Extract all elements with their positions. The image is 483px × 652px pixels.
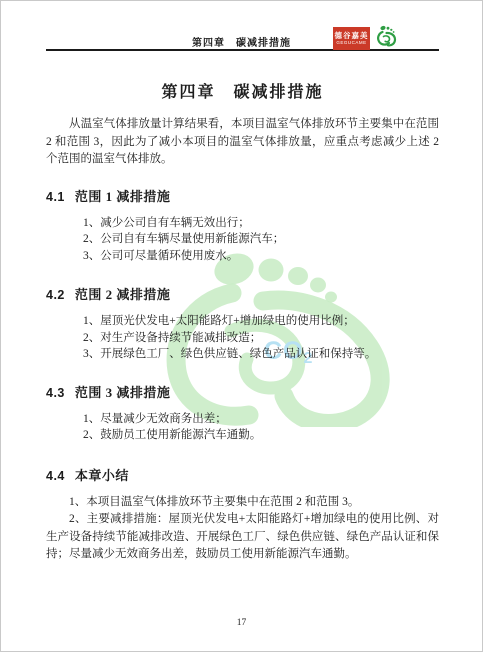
section-4-3-list: 1、尽量减少无效商务出差； 2、鼓励员工使用新能源汽车通勤。 [46, 411, 439, 444]
list-item: 3、公司可尽量循环使用废水。 [83, 248, 439, 265]
company-logo: 德谷嘉美 GEGUCAME [333, 27, 370, 50]
document-page: CO2 第四章 碳减排措施 德谷嘉美 GEGUCAME 第四章 碳减排措施 从温… [0, 0, 483, 652]
section-title: 本章小结 [75, 468, 129, 483]
section-heading-4-2: 4.2范围 2 减排措施 [46, 284, 439, 303]
chapter-title: 第四章 碳减排措施 [46, 82, 439, 103]
section-number: 4.1 [46, 190, 65, 204]
logo-block: 德谷嘉美 GEGUCAME [333, 23, 400, 50]
page-number: 17 [1, 618, 482, 628]
intro-paragraph: 从温室气体排放量计算结果看，本项目温室气体排放环节主要集中在范围 2 和范围 3… [46, 116, 439, 169]
section-4-1-list: 1、减少公司自有车辆无效出行； 2、公司自有车辆尽量使用新能源汽车； 3、公司可… [46, 215, 439, 265]
footprint-logo-icon [373, 23, 400, 50]
running-header: 第四章 碳减排措施 [1, 34, 482, 49]
summary-paragraph: 1、本项目温室气体排放环节主要集中在范围 2 和范围 3。 [46, 494, 439, 512]
section-number: 4.3 [46, 386, 65, 400]
list-item: 1、减少公司自有车辆无效出行； [83, 215, 439, 232]
list-item: 1、屋顶光伏发电+太阳能路灯+增加绿电的使用比例； [83, 313, 439, 330]
list-item: 2、对生产设备持续节能减排改造； [83, 330, 439, 347]
section-title: 范围 1 减排措施 [75, 189, 171, 204]
section-number: 4.4 [46, 469, 65, 483]
section-4-2-list: 1、屋顶光伏发电+太阳能路灯+增加绿电的使用比例； 2、对生产设备持续节能减排改… [46, 313, 439, 363]
list-item: 3、开展绿色工厂、绿色供应链、绿色产品认证和保持等。 [83, 346, 439, 363]
page-content: 第四章 碳减排措施 从温室气体排放量计算结果看，本项目温室气体排放环节主要集中在… [46, 1, 439, 564]
list-item: 2、公司自有车辆尽量使用新能源汽车； [83, 231, 439, 248]
list-item: 1、尽量减少无效商务出差； [83, 411, 439, 428]
section-title: 范围 3 减排措施 [75, 385, 171, 400]
summary-paragraph: 2、主要减排措施：屋顶光伏发电+太阳能路灯+增加绿电的使用比例、对生产设备持续节… [46, 511, 439, 564]
section-heading-4-3: 4.3范围 3 减排措施 [46, 382, 439, 401]
section-number: 4.2 [46, 288, 65, 302]
section-heading-4-1: 4.1范围 1 减排措施 [46, 186, 439, 205]
section-title: 范围 2 减排措施 [75, 287, 171, 302]
company-name-cn: 德谷嘉美 [333, 32, 370, 40]
company-name-en: GEGUCAME [333, 41, 370, 46]
section-heading-4-4: 4.4本章小结 [46, 465, 439, 484]
list-item: 2、鼓励员工使用新能源汽车通勤。 [83, 427, 439, 444]
